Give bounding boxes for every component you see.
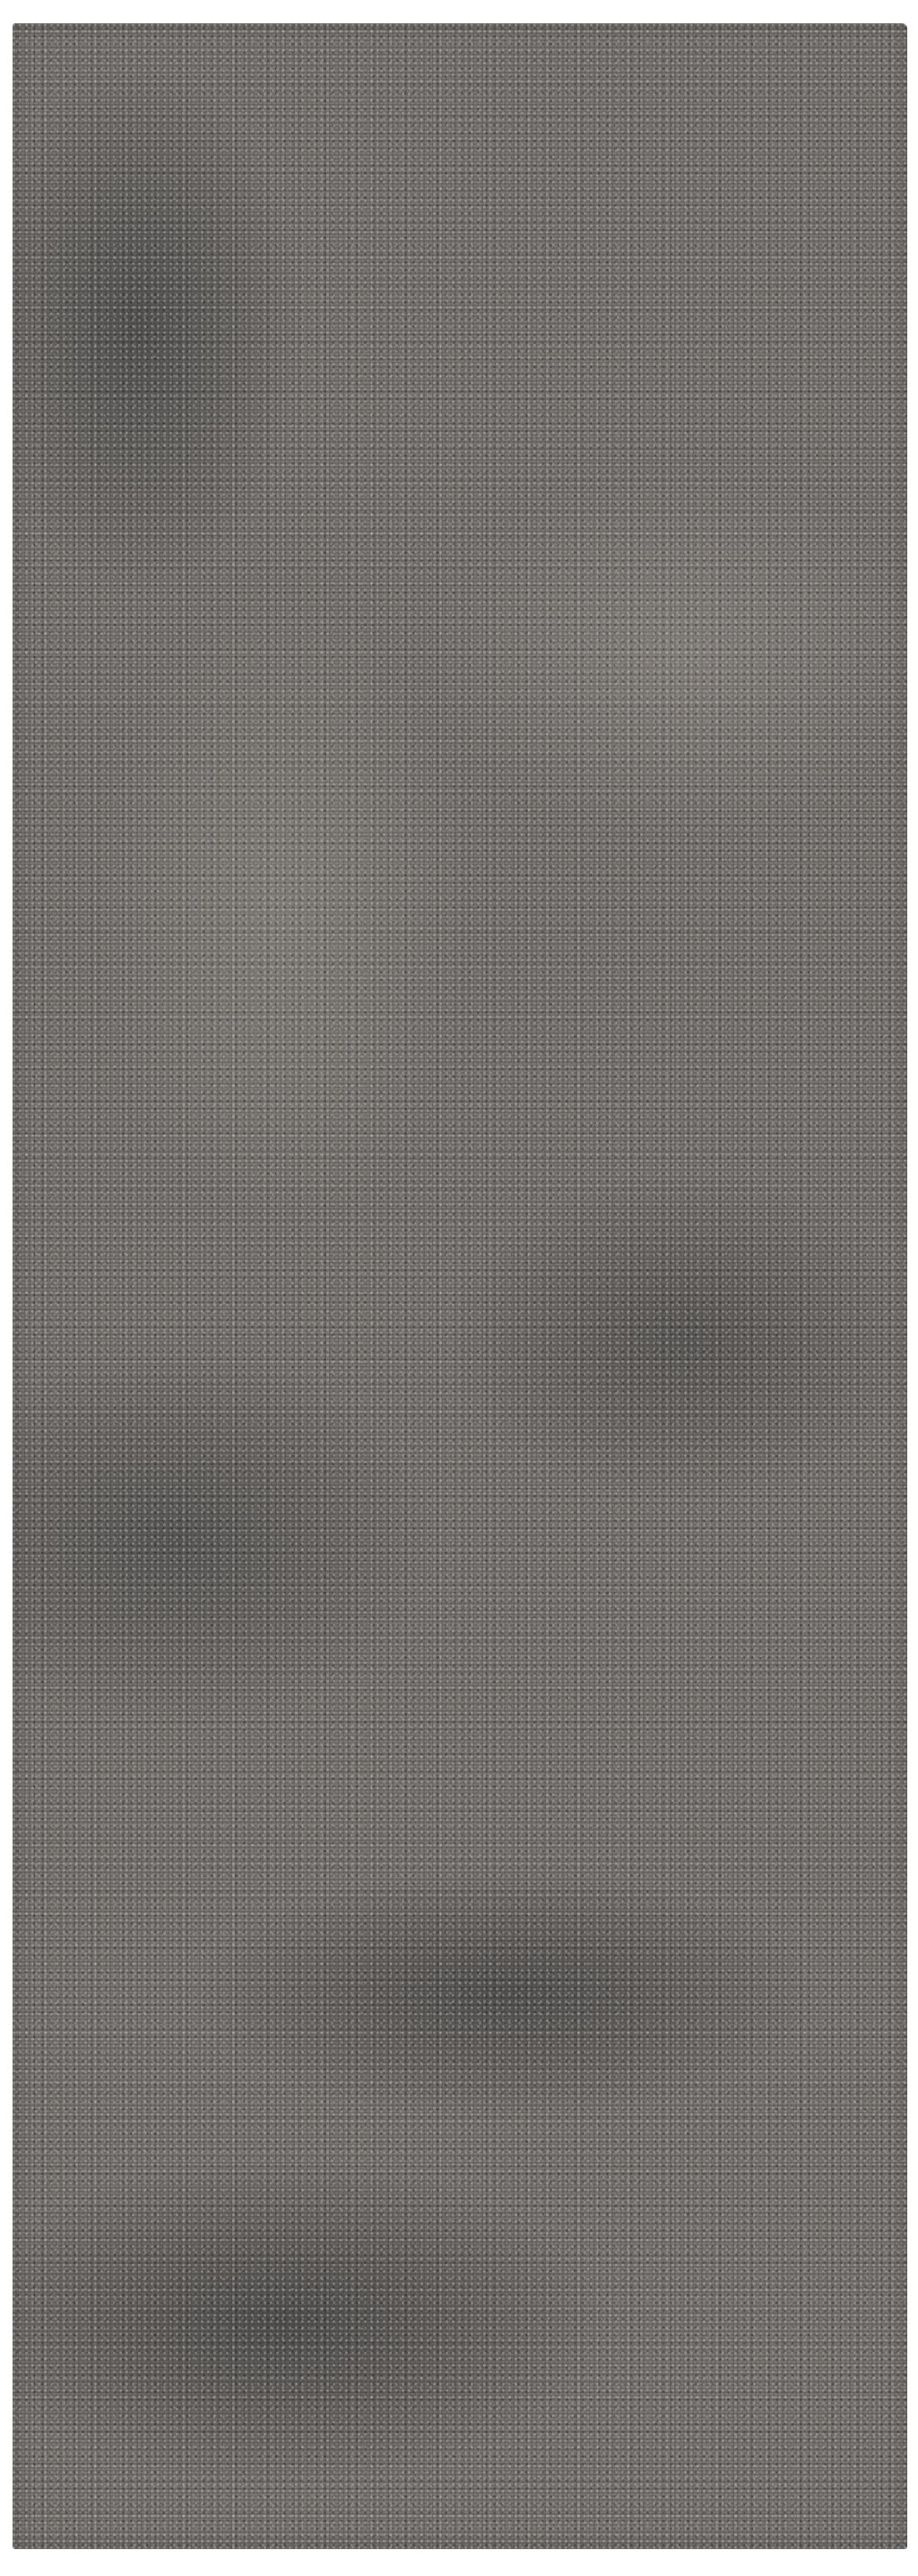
runner-rug [13, 23, 907, 2549]
rug-texture [13, 23, 907, 2549]
